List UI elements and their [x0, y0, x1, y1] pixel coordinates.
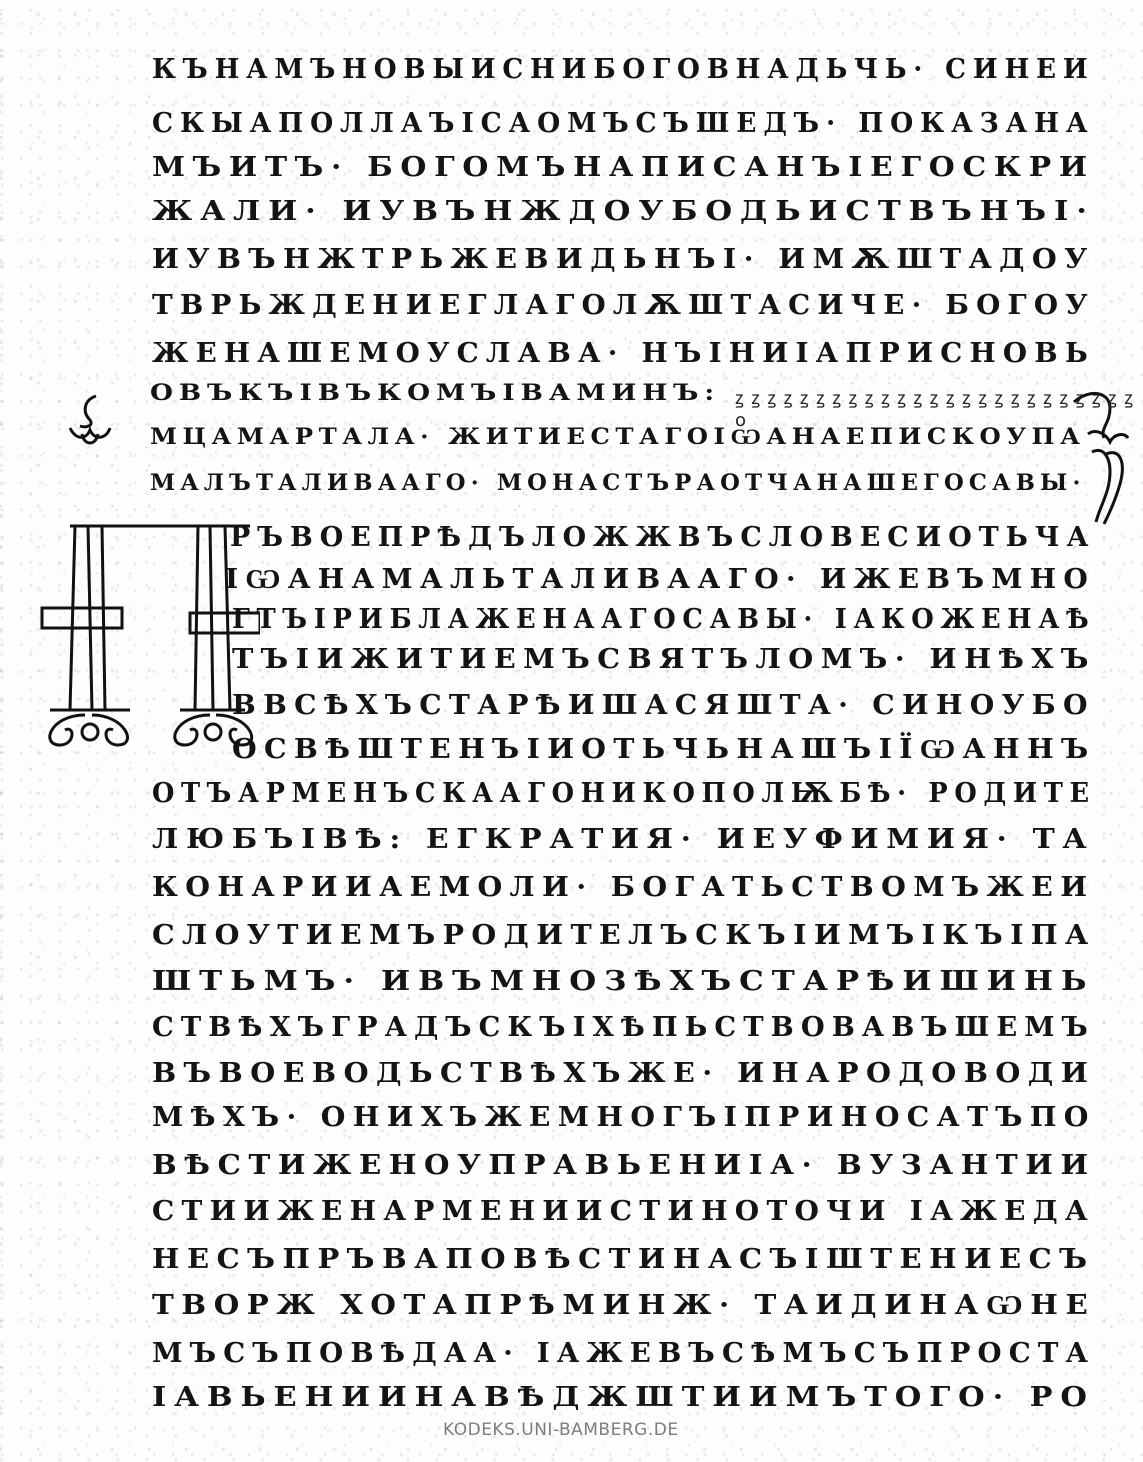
manuscript-line: СТВѢХЪГРАДЪСКЪІХѢПЬСТВОВАВЪШЕМЪ	[152, 1012, 1095, 1043]
margin-flourish-left-icon	[66, 392, 116, 452]
manuscript-line: МѢХЪ· ОНИХЪЖЕМНОГЪІПРИНОСАТЪПО	[152, 1102, 1096, 1133]
manuscript-line: СТИИЖЕНАРМЕНИИСТИНОТОЧИ ІАЖЕДА	[152, 1196, 1095, 1227]
manuscript-line: МЪСЪПОВѢДАА· ІАЖЕВЪСѢМЪСЪПРОСТА	[152, 1338, 1095, 1369]
ornamental-band: ꙁ ꙁ ꙁ ꙁ ꙁ ꙁ ꙁ ꙁ ꙁ ꙁ ꙁ ꙁ ꙁ ꙁ ꙁ ꙁ ꙁ ꙁ ꙁ ꙁ …	[735, 386, 1143, 431]
manuscript-line: ВЪВОЕВОДЬСТВѢХЪЖЕ· ИНАРОДОВОДИ	[152, 1058, 1095, 1089]
manuscript-line: ЛЮБЪІВѢ: ЕГКРАТИЯ· ИЕУФИМИЯ· ТА	[152, 824, 1094, 855]
manuscript-line: ІѠАНАМАЛЬТАЛИВААГО· ИЖЕВЪМНО	[225, 564, 1095, 595]
manuscript-line: ОВЪКЪІВЪКОМЪІВАМИНЪ:	[150, 380, 720, 406]
manuscript-line: СЛОУТИЕМЪРОДИТЕЛЪСКЪІИМЪІКЪІПА	[152, 920, 1096, 951]
manuscript-line: ИУВЪНЖТРЬЖЕВИДЬНЪІ· ИМѪШТАДОУ	[152, 244, 1095, 275]
manuscript-line: РЪВОЕПРѢДЪЛОЖЖВЪСЛОВЕСИОТЬЧА	[230, 522, 1095, 553]
manuscript-line: МЪИТЪ· БОГОМЪНАПИСАНЪІЕГОСКРИ	[152, 152, 1095, 183]
manuscript-line: ІАВЬЕНИИНАВѢДЖШТИИМЪТОГО· РО	[152, 1382, 1095, 1413]
manuscript-line: НЕСЪПРЪВАПОВѢСТИНАСЪІШТЕНИЕСЪ	[152, 1244, 1095, 1275]
manuscript-line: ВВСѢХЪСТАРѢИШАСЯШТА· СИНОУБО	[232, 690, 1095, 721]
manuscript-line: ОТЪАРМЕНЪСКААГОНИКОПОЛѬБѢ· РОДИТЕ	[152, 778, 1096, 809]
watermark: KODEKS.UNI-BAMBERG.DE	[443, 1420, 679, 1440]
decorated-initial-pe-icon	[30, 520, 260, 750]
manuscript-line: ГТЪІРИБЛАЖЕНААГОСАВЫ· ІАКОЖЕНАѢ	[232, 604, 1095, 635]
manuscript-line: ТЪІИЖИТИЕМЪСВЯТЪЛОМЪ· ИНѢХЪ	[232, 644, 1096, 675]
manuscript-line: ВѢСТИЖЕНОУПРАВЬЕНИІА· ВУЗАНТИИ	[152, 1150, 1096, 1181]
manuscript-line: ТВОРЖ ХОТАПРѢМИНЖ· ТАИДИНАѠНЕ	[152, 1290, 1095, 1321]
manuscript-line: СКЫАПОЛЛАЪІСАОМЪСЪШЕДЪ· ПОКАЗАНА	[152, 108, 1094, 139]
manuscript-line: ТВРЬЖДЕНИЕГЛАГОЛѪШТАСИЧЕ· БОГОУ	[152, 290, 1095, 321]
manuscript-line: ШТЬМЪ· ИВЪМНОЗѢХЪСТАРѢИШИНЬ	[152, 966, 1095, 997]
manuscript-line: КЪНАМЪНОВЫИСНИБОГОВНАДЬЧЬ· СИНЕИ	[152, 54, 1094, 85]
manuscript-line: КОНАРИИАЕМОЛИ· БОГАТЬСТВОМЪЖЕИ	[152, 872, 1094, 903]
manuscript-line: ЖЕНАШЕМОУСЛАВА· НЪІНИІАПРИСНОВЬ	[152, 338, 1095, 369]
manuscript-line: ЖАЛИ· ИУВЪНЖДОУБОДЬИСТВЪНЪІ·	[152, 196, 1095, 227]
manuscript-line: ОСВѢШТЕНЪІИОТЬЧЬНАШЪІЇѠАННЪ	[232, 734, 1096, 765]
manuscript-line: МАЛЪТАЛИВААГО· МОНАСТЪРАОТЧАНАШЕГОСАВЫ·	[150, 470, 1086, 496]
